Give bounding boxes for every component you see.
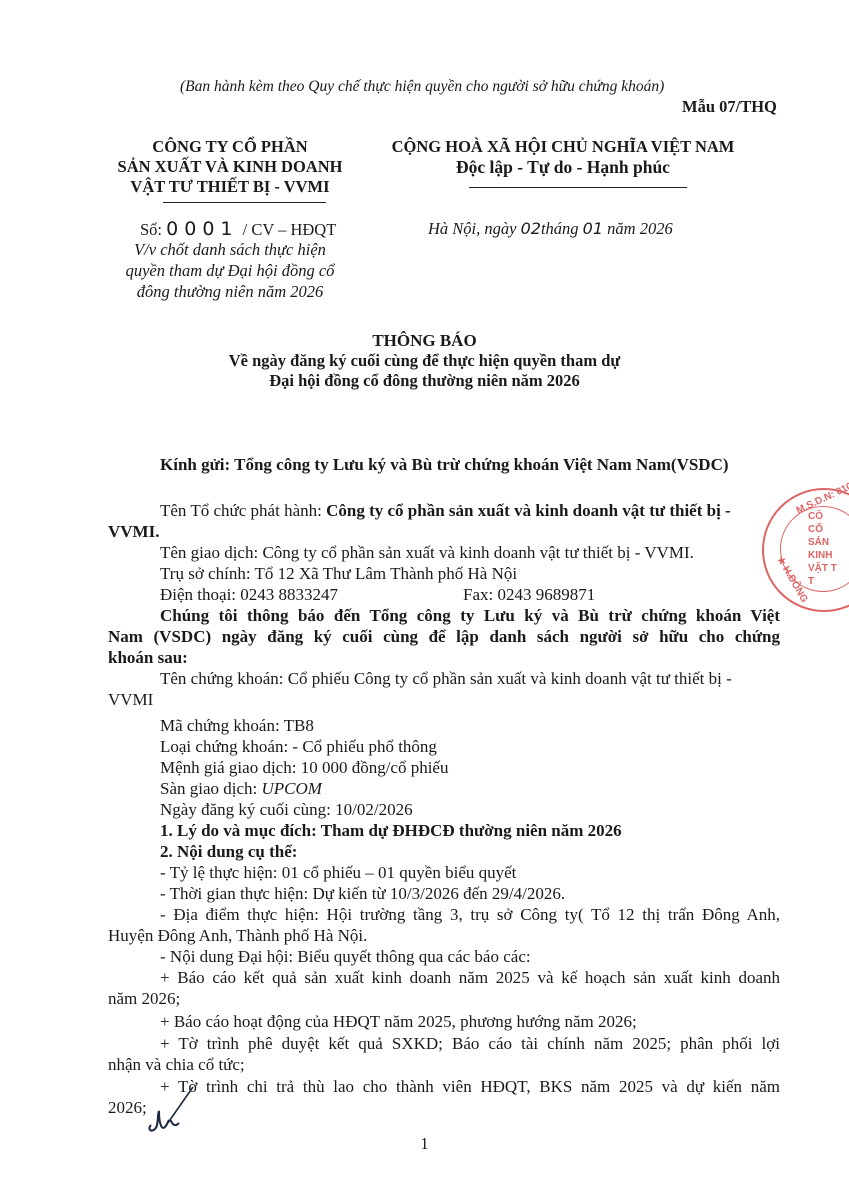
nation-line: CỘNG HOÀ XÃ HỘI CHỦ NGHĨA VIỆT NAM [378, 137, 748, 157]
agenda-item-3-cont: nhận và chia cổ tức; [108, 1055, 245, 1075]
issuer-label: Tên Tổ chức phát hành: [160, 501, 322, 520]
fax: Fax: 0243 9689871 [463, 585, 595, 605]
head-office: Trụ sở chính: Tổ 12 Xã Thư Lâm Thành phố… [160, 564, 517, 584]
place-date: Hà Nội, ngày 02tháng 01 năm 2026 [428, 219, 673, 239]
seal-inner-text: CÔ CỔ SẢN KINH VẬT T T [808, 510, 837, 588]
company-line-2: SẢN XUẤT VÀ KINH DOANH [110, 157, 350, 177]
notice-heading: THÔNG BÁO [0, 331, 849, 351]
notice-subtitle-1: Về ngày đăng ký cuối cùng để thực hiện q… [0, 351, 849, 371]
notice-line-2: Nam (VSDC) ngày đăng ký cuối cùng để lập… [108, 627, 780, 647]
company-underline [163, 202, 326, 203]
date-month: 01 [583, 219, 603, 238]
agenda-intro: - Nội dung Đại hội: Biểu quyết thông qua… [160, 947, 531, 967]
exchange-line: Sàn giao dịch: UPCOM [160, 779, 322, 799]
phone: Điện thoại: 0243 8833247 [160, 585, 338, 605]
time: - Thời gian thực hiện: Dự kiến từ 10/3/2… [160, 884, 565, 904]
trade-name: Tên giao dịch: Công ty cổ phần sản xuất … [160, 543, 694, 563]
company-seal-icon: M.S.D.N: 0101 ★ H.ĐÔNG CÔ CỔ SẢN KINH VẬ… [762, 488, 849, 612]
security-type: Loại chứng khoán: - Cổ phiếu phổ thông [160, 737, 437, 757]
agenda-item-1: + Báo cáo kết quả sản xuất kinh doanh nă… [160, 968, 780, 988]
record-date: Ngày đăng ký cuối cùng: 10/02/2026 [160, 800, 413, 820]
security-name: Tên chứng khoán: Cổ phiếu Công ty cổ phầ… [160, 669, 732, 689]
notice-line-3: khoán sau: [108, 648, 188, 668]
issuer-line: Tên Tổ chức phát hành: Công ty cổ phần s… [160, 501, 731, 521]
page-number: 1 [0, 1134, 849, 1154]
notice-subtitle-2: Đại hội đồng cổ đông thường niên năm 202… [0, 371, 849, 391]
security-name-cont: VVMI [108, 690, 153, 710]
form-code: Mẫu 07/THQ [682, 97, 777, 117]
doc-number: 0001 [166, 218, 238, 240]
date-month-label: tháng [541, 219, 579, 238]
company-line-1: CÔNG TY CỔ PHẦN [110, 137, 350, 157]
issuer-name-cont: VVMI. [108, 522, 159, 542]
agenda-item-3: + Tờ trình phê duyệt kết quả SXKD; Báo c… [160, 1034, 780, 1054]
motto: Độc lập - Tự do - Hạnh phúc [378, 157, 748, 178]
doc-number-suffix: / CV – HĐQT [243, 220, 337, 239]
ratio: - Tỷ lệ thực hiện: 01 cổ phiếu – 01 quyề… [160, 863, 516, 883]
exchange-value: UPCOM [262, 779, 322, 798]
section-2: 2. Nội dung cụ thể: [160, 842, 297, 862]
date-year: năm 2026 [607, 219, 673, 238]
subject-line-1: V/v chốt danh sách thực hiện [110, 239, 350, 260]
company-line-3: VẬT TƯ THIẾT BỊ - VVMI [110, 177, 350, 197]
security-code: Mã chứng khoán: TB8 [160, 716, 314, 736]
venue-line-2: Huyện Đông Anh, Thành phố Hà Nội. [108, 926, 367, 946]
subject-line-3: đông thường niên năm 2026 [110, 281, 350, 302]
agenda-item-1-cont: năm 2026; [108, 989, 180, 1009]
recipient: Kính gửi: Tổng công ty Lưu ký và Bù trừ … [160, 455, 729, 475]
agenda-item-2: + Báo cáo hoạt động của HĐQT năm 2025, p… [160, 1012, 637, 1032]
doc-number-line: Số: 0001 / CV – HĐQT [140, 218, 336, 240]
section-1: 1. Lý do và mục đích: Tham dự ĐHĐCĐ thườ… [160, 821, 622, 841]
subject-block: V/v chốt danh sách thực hiện quyền tham … [110, 239, 350, 302]
place-date-prefix: Hà Nội, ngày [428, 219, 516, 238]
agenda-item-4-cont: 2026; [108, 1098, 147, 1118]
company-name-block: CÔNG TY CỔ PHẦN SẢN XUẤT VÀ KINH DOANH V… [110, 137, 350, 197]
venue-line-1: - Địa điểm thực hiện: Hội trường tầng 3,… [160, 905, 780, 925]
motto-underline [469, 187, 687, 188]
issued-note: (Ban hành kèm theo Quy chế thực hiện quy… [180, 78, 664, 96]
notice-line-1: Chúng tôi thông báo đến Tổng công ty Lưu… [160, 606, 780, 626]
exchange-label: Sàn giao dịch: [160, 779, 257, 798]
subject-line-2: quyền tham dự Đại hội đồng cổ [110, 260, 350, 281]
initials-signature-icon [145, 1085, 205, 1135]
date-day: 02 [521, 219, 541, 238]
issuer-name: Công ty cổ phần sản xuất và kinh doanh v… [326, 501, 731, 520]
agenda-item-4: + Tờ trình chi trả thù lao cho thành viê… [160, 1077, 780, 1097]
par-value: Mệnh giá giao dịch: 10 000 đồng/cổ phiếu [160, 758, 448, 778]
doc-number-prefix: Số: [140, 220, 162, 239]
